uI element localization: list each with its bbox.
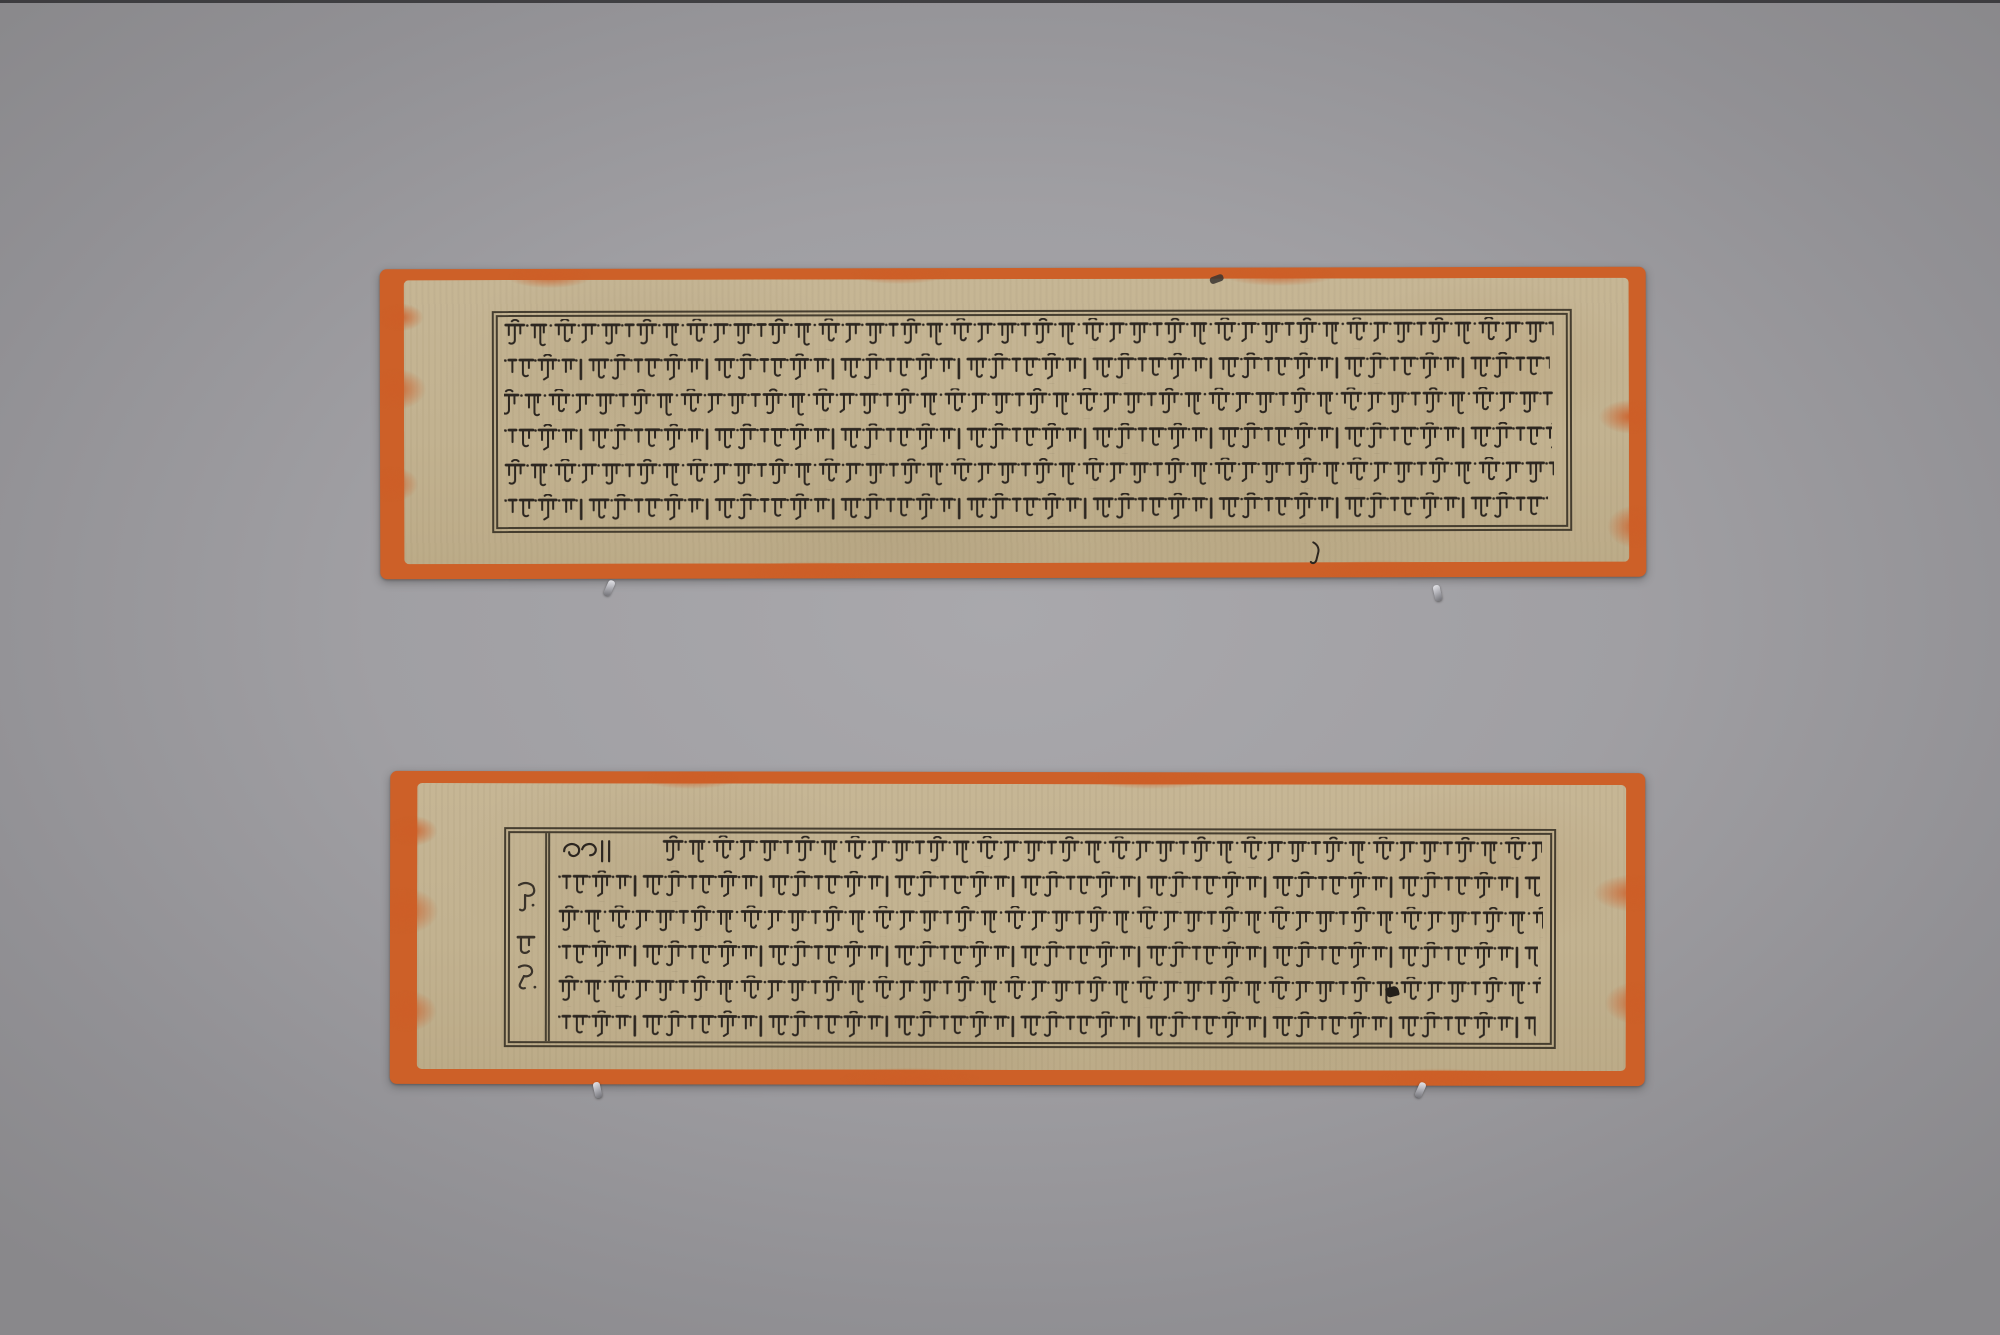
margin-title-column: ཕ་ཚ — [510, 833, 550, 1041]
text-line: བོད་ལའང་གནའ་སྲོལ་གྱི་སྤྱི་དང་སྐད་དང་རིགས… — [504, 352, 1566, 385]
folio-top: དང་། རྒྱ་སྡེའི་འོག་ཏུ་འཚུད་པའི་ཁམས་དང་ ཨ… — [380, 267, 1647, 580]
text-line: དང་། དེ་ཡི་མི་རྣམས་ལྕགས་རི་དེའི་སར་བཞག་པ… — [504, 492, 1566, 525]
text-line: དང་། རྒྱ་སྡེའི་འོག་ཏུ་འཚུད་པའི་ཁམས་དང་ ཨ… — [504, 317, 1566, 350]
yig-mgo-ornament — [558, 835, 616, 866]
page-number-mark: ༡ — [1308, 539, 1326, 569]
text-area: ༄༅། །ལ་བུན་ཕོག་པ་དམིགས་བསལ་བུན་དེ་རྣམས་ལ… — [550, 833, 1550, 1043]
backdrop: དང་། རྒྱ་སྡེའི་འོག་ཏུ་འཚུད་པའི་ཁམས་དང་ ཨ… — [0, 0, 2000, 1335]
mount-pin — [1432, 584, 1442, 601]
text-line: ཡིན་ཀྱང་དེར་མི་རྣམས་ཀྱི་བདེ་བ་དཔལ་དུ་བདང… — [558, 870, 1550, 903]
text-frame: ཕ་ཚ ༄༅། །ལ་བུན་ཕོག་པ་དམིགས་བསལ་བུན་དེ་རྣ… — [504, 827, 1556, 1049]
text-line: དུ་ཕྱི་ཡུལ་གྱི་དབྱུང་འཇུག་གིས་ཤུགས་འབྱེར… — [504, 422, 1566, 455]
photo-top-edge — [0, 0, 2000, 3]
text-line: ༄༅། །ལ་བུན་ཕོག་པ་དམིགས་བསལ་བུན་དེ་རྣམས་ལ… — [558, 835, 1550, 868]
text-frame: དང་། རྒྱ་སྡེའི་འོག་ཏུ་འཚུད་པའི་ཁམས་དང་ ཨ… — [492, 309, 1572, 533]
text-line: འདི་ཡིན་ནོ། །གལ་ཏེ་རང་བཙན་གྱི་རྒྱལ་ཁབ་བོ… — [558, 905, 1550, 938]
mount-pin — [603, 579, 616, 596]
folio-bottom: ཕ་ཚ ༄༅། །ལ་བུན་ཕོག་པ་དམིགས་བསལ་བུན་དེ་རྣ… — [390, 771, 1646, 1086]
text-line: ཀྱིས་ད་ལྟ་ཡོད་པའི་ལམ་སྲོལ་རྣམས་ལ་འཚེ་མི་… — [558, 940, 1550, 973]
page-number-glyph — [1308, 539, 1326, 565]
margin-label-glyphs — [511, 875, 545, 1025]
text-line: དུན་ཐོག་རང་ཡུལ་ལ་གནོད་པའི་བྱ་བ་རྣམས་ལ་ཕལ… — [504, 387, 1566, 420]
text-line: ཀྱིས་ད་ནས་བཟུངས་སྐྱབས་གནས་ཀྱི་ཡུལ་གྱི་མི… — [558, 975, 1550, 1008]
text-line: དབུས་སྲུང་བ་ཡིན་ནོ། །བོད་དེ་བཞིན་དམ་པའི་… — [504, 457, 1566, 490]
text-line: ཅི་སྟེ་བོད་ལ་གནའ་སྲོལ་ཉམས་ན་ཡུལ་གཞན་དུའང… — [558, 1010, 1550, 1043]
